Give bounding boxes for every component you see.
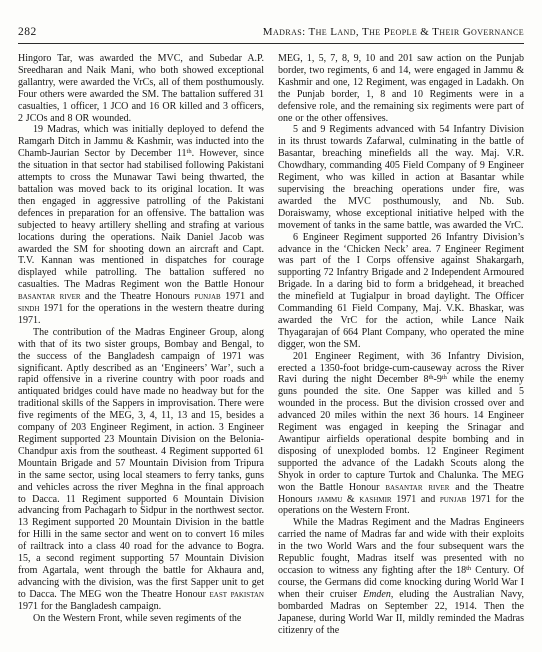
paragraph: 5 and 9 Regiments advanced with 54 Infan…: [278, 124, 524, 231]
paragraph: The contribution of the Madras Engineer …: [18, 327, 264, 613]
page-number: 282: [18, 26, 37, 38]
paragraph: While the Madras Regiment and the Madras…: [278, 517, 524, 636]
column-left: Hingoro Tar, was awarded the MVC, and Su…: [18, 53, 264, 647]
paragraph: 6 Engineer Regiment supported 26 Infantr…: [278, 232, 524, 351]
paragraph: 19 Madras, which was initially deployed …: [18, 124, 264, 326]
text-columns: Hingoro Tar, was awarded the MVC, and Su…: [18, 53, 524, 647]
paragraph: 201 Engineer Regiment, with 36 Infantry …: [278, 351, 524, 518]
paragraph: MEG, 1, 5, 7, 8, 9, 10 and 201 saw actio…: [278, 53, 524, 124]
running-title: Madras: The Land, The People & Their Gov…: [263, 26, 524, 38]
page-header: 282 Madras: The Land, The People & Their…: [18, 26, 524, 44]
book-page: 282 Madras: The Land, The People & Their…: [0, 0, 542, 652]
paragraph: Hingoro Tar, was awarded the MVC, and Su…: [18, 53, 264, 124]
paragraph: On the Western Front, while seven regime…: [18, 613, 264, 625]
column-right: MEG, 1, 5, 7, 8, 9, 10 and 201 saw actio…: [278, 53, 524, 647]
